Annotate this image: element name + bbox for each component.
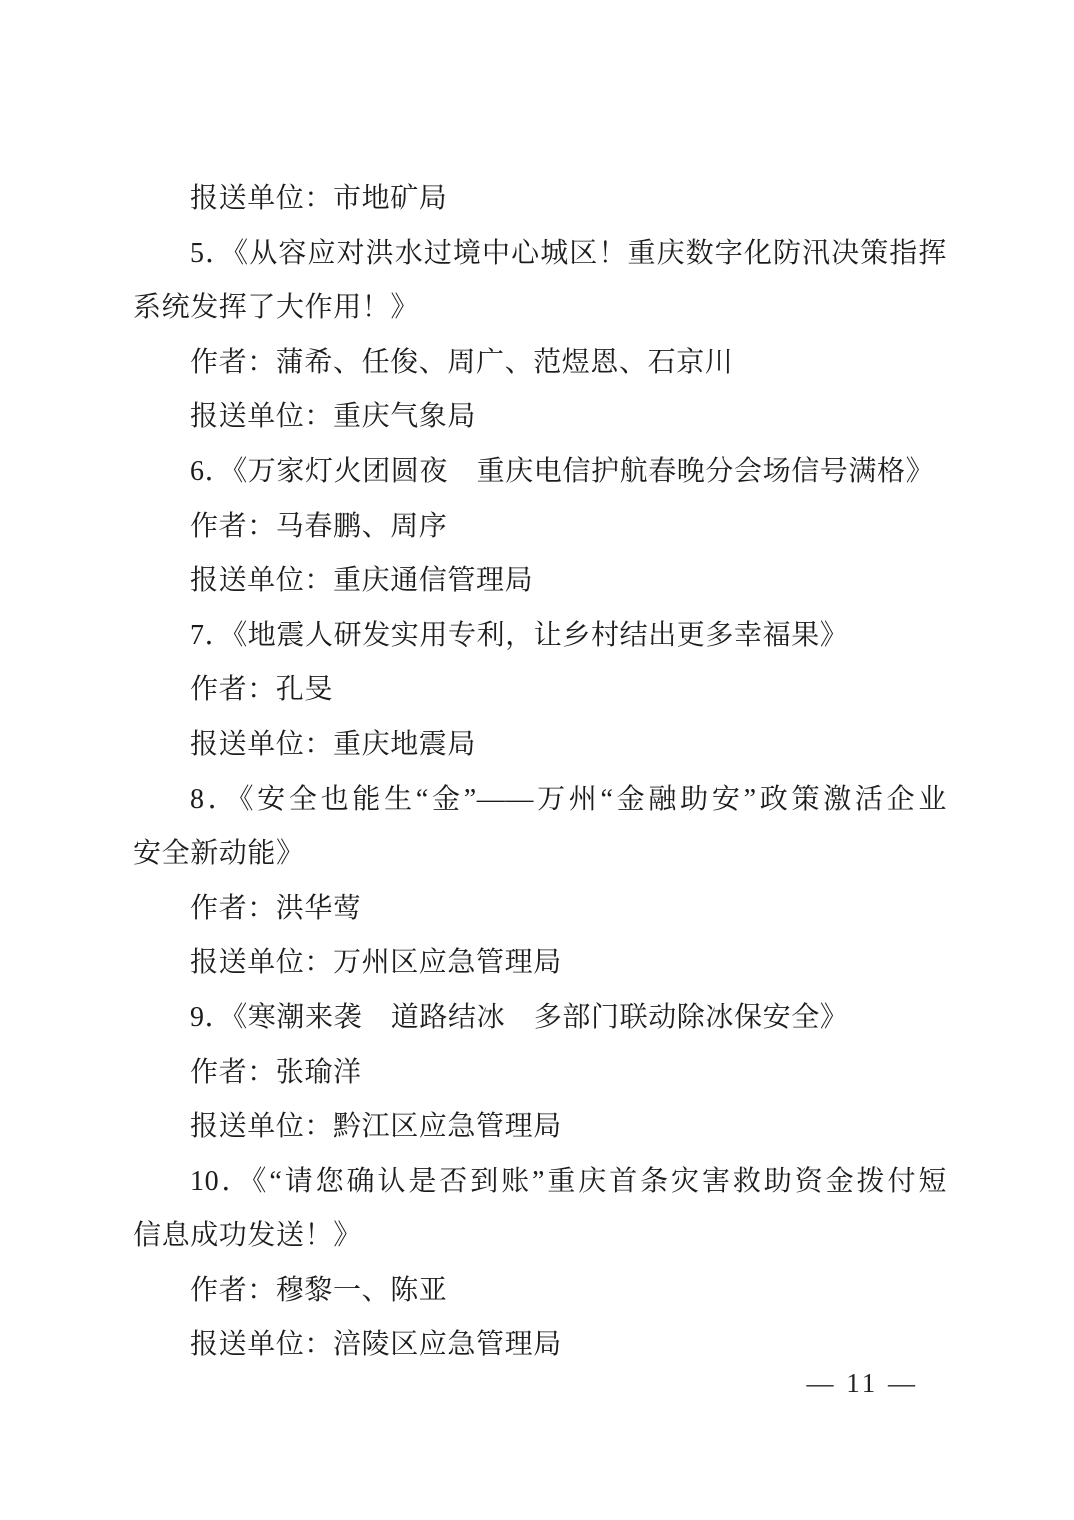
text-line-title-8: 8．《安全也能生“金”——万州“金融助安”政策激活企业 — [133, 773, 947, 828]
page-number: — 11 — — [807, 1368, 919, 1399]
text-line-title-9: 9．《寒潮来袭 道路结冰 多部门联动除冰保安全》 — [133, 991, 947, 1046]
text-line-unit-9: 报送单位：黔江区应急管理局 — [133, 1100, 947, 1155]
text-line-authors-8: 作者：洪华莺 — [133, 882, 947, 937]
text-line-unit-8: 报送单位：万州区应急管理局 — [133, 936, 947, 991]
text-line-title-6: 6．《万家灯火团圆夜 重庆电信护航春晚分会场信号满格》 — [133, 445, 947, 500]
document-body: 报送单位：市地矿局 5．《从容应对洪水过境中心城区！重庆数字化防汛决策指挥 系统… — [133, 172, 947, 1373]
document-page: 报送单位：市地矿局 5．《从容应对洪水过境中心城区！重庆数字化防汛决策指挥 系统… — [0, 0, 1074, 1520]
text-line-unit-7: 报送单位：重庆地震局 — [133, 718, 947, 773]
text-line-unit-5: 报送单位：重庆气象局 — [133, 390, 947, 445]
text-line-title-10-cont: 信息成功发送！》 — [133, 1209, 947, 1264]
text-line-title-8-cont: 安全新动能》 — [133, 827, 947, 882]
text-line-title-7: 7．《地震人研发实用专利，让乡村结出更多幸福果》 — [133, 609, 947, 664]
text-line-authors-7: 作者：孔旻 — [133, 663, 947, 718]
text-line-authors-10: 作者：穆黎一、陈亚 — [133, 1264, 947, 1319]
text-line-unit-6: 报送单位：重庆通信管理局 — [133, 554, 947, 609]
text-line-authors-6: 作者：马春鹏、周序 — [133, 500, 947, 555]
text-line-title-5-cont: 系统发挥了大作用！》 — [133, 281, 947, 336]
text-line-unit: 报送单位：市地矿局 — [133, 172, 947, 227]
text-line-title-10: 10．《“请您确认是否到账”重庆首条灾害救助资金拨付短 — [133, 1155, 947, 1210]
text-line-title-5: 5．《从容应对洪水过境中心城区！重庆数字化防汛决策指挥 — [133, 227, 947, 282]
text-line-authors-5: 作者：蒲希、任俊、周广、范煜恩、石京川 — [133, 336, 947, 391]
text-line-unit-10: 报送单位：涪陵区应急管理局 — [133, 1318, 947, 1373]
text-line-authors-9: 作者：张瑜洋 — [133, 1046, 947, 1101]
